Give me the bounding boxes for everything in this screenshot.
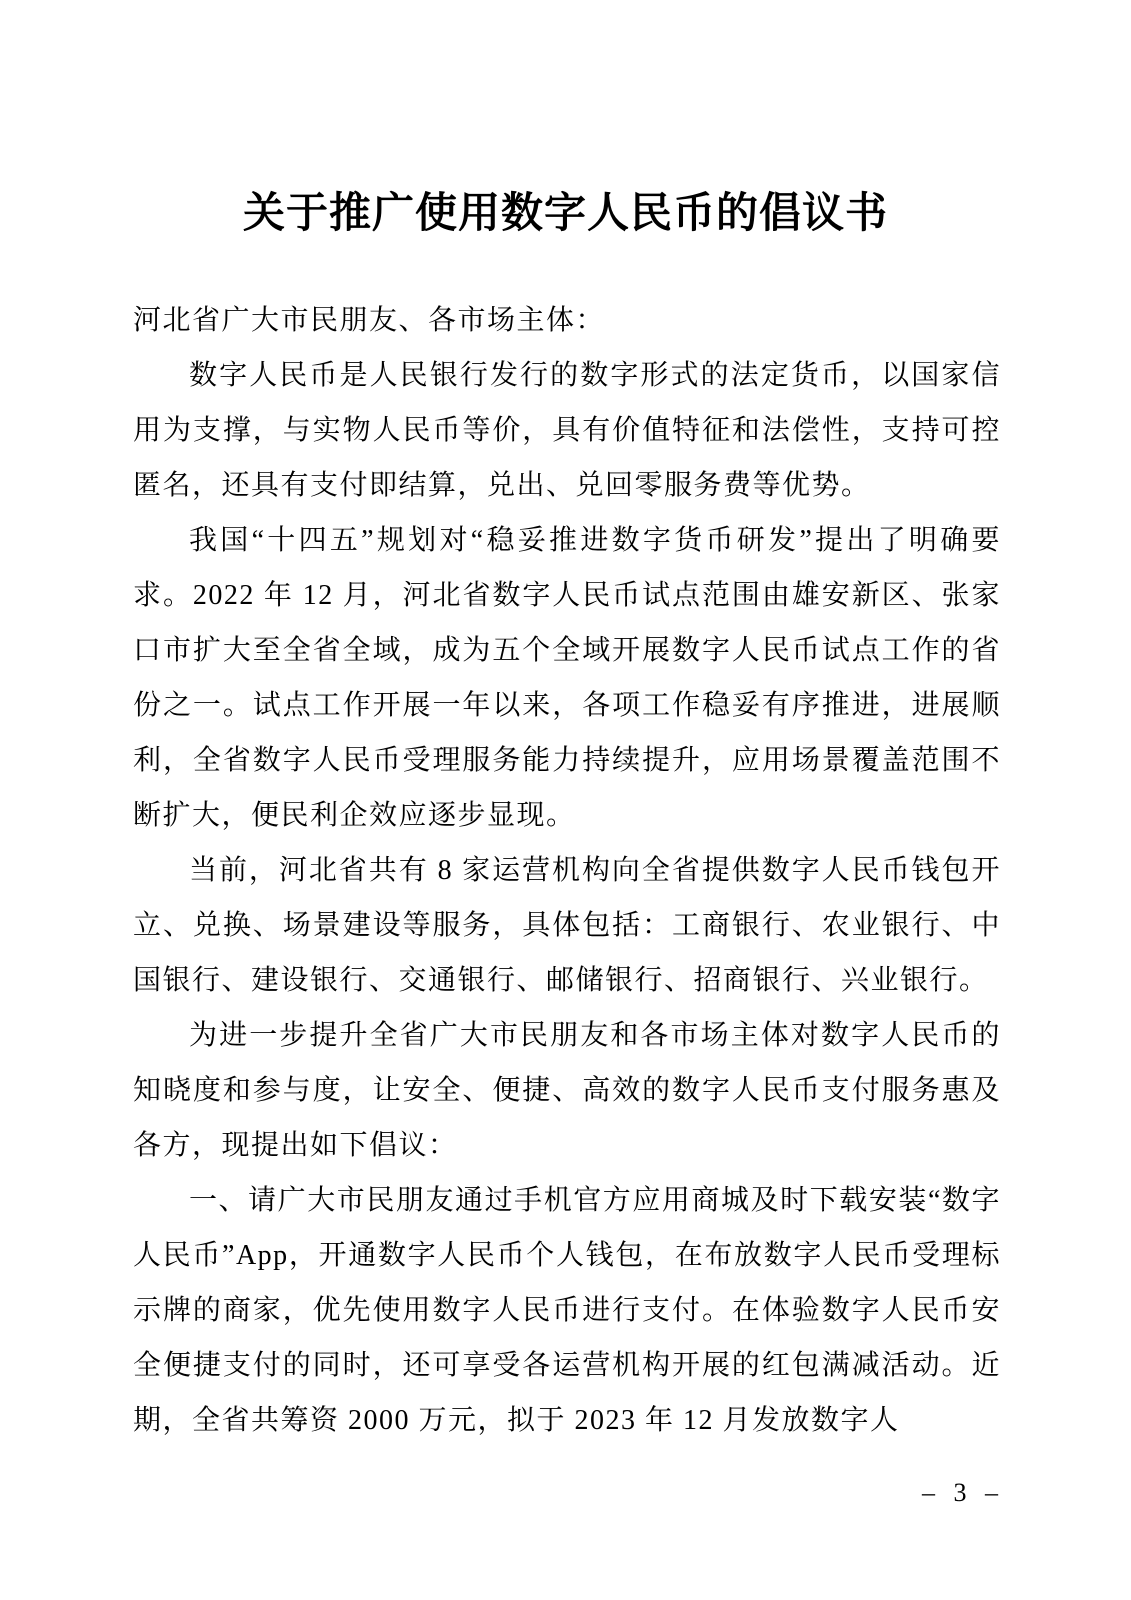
page-number: – 3 – (922, 1478, 1000, 1508)
salutation-line: 河北省广大市民朋友、各市场主体： (133, 293, 1001, 348)
paragraph-1: 数字人民币是人民银行发行的数字形式的法定货币，以国家信用为支撑，与实物人民币等价… (133, 348, 1001, 513)
paragraph-2: 我国“十四五”规划对“稳妥推进数字货币研发”提出了明确要求。2022 年 12 … (133, 513, 1001, 843)
paragraphs-container: 数字人民币是人民银行发行的数字形式的法定货币，以国家信用为支撑，与实物人民币等价… (133, 348, 1001, 1448)
document-title: 关于推广使用数字人民币的倡议书 (0, 180, 1131, 240)
document-body: 河北省广大市民朋友、各市场主体： 数字人民币是人民银行发行的数字形式的法定货币，… (133, 293, 1001, 1448)
paragraph-4: 为进一步提升全省广大市民朋友和各市场主体对数字人民币的知晓度和参与度，让安全、便… (133, 1008, 1001, 1173)
paragraph-3: 当前，河北省共有 8 家运营机构向全省提供数字人民币钱包开立、兑换、场景建设等服… (133, 843, 1001, 1008)
paragraph-5: 一、请广大市民朋友通过手机官方应用商城及时下载安装“数字人民币”App，开通数字… (133, 1173, 1001, 1448)
document-page: 关于推广使用数字人民币的倡议书 河北省广大市民朋友、各市场主体： 数字人民币是人… (0, 0, 1131, 1600)
